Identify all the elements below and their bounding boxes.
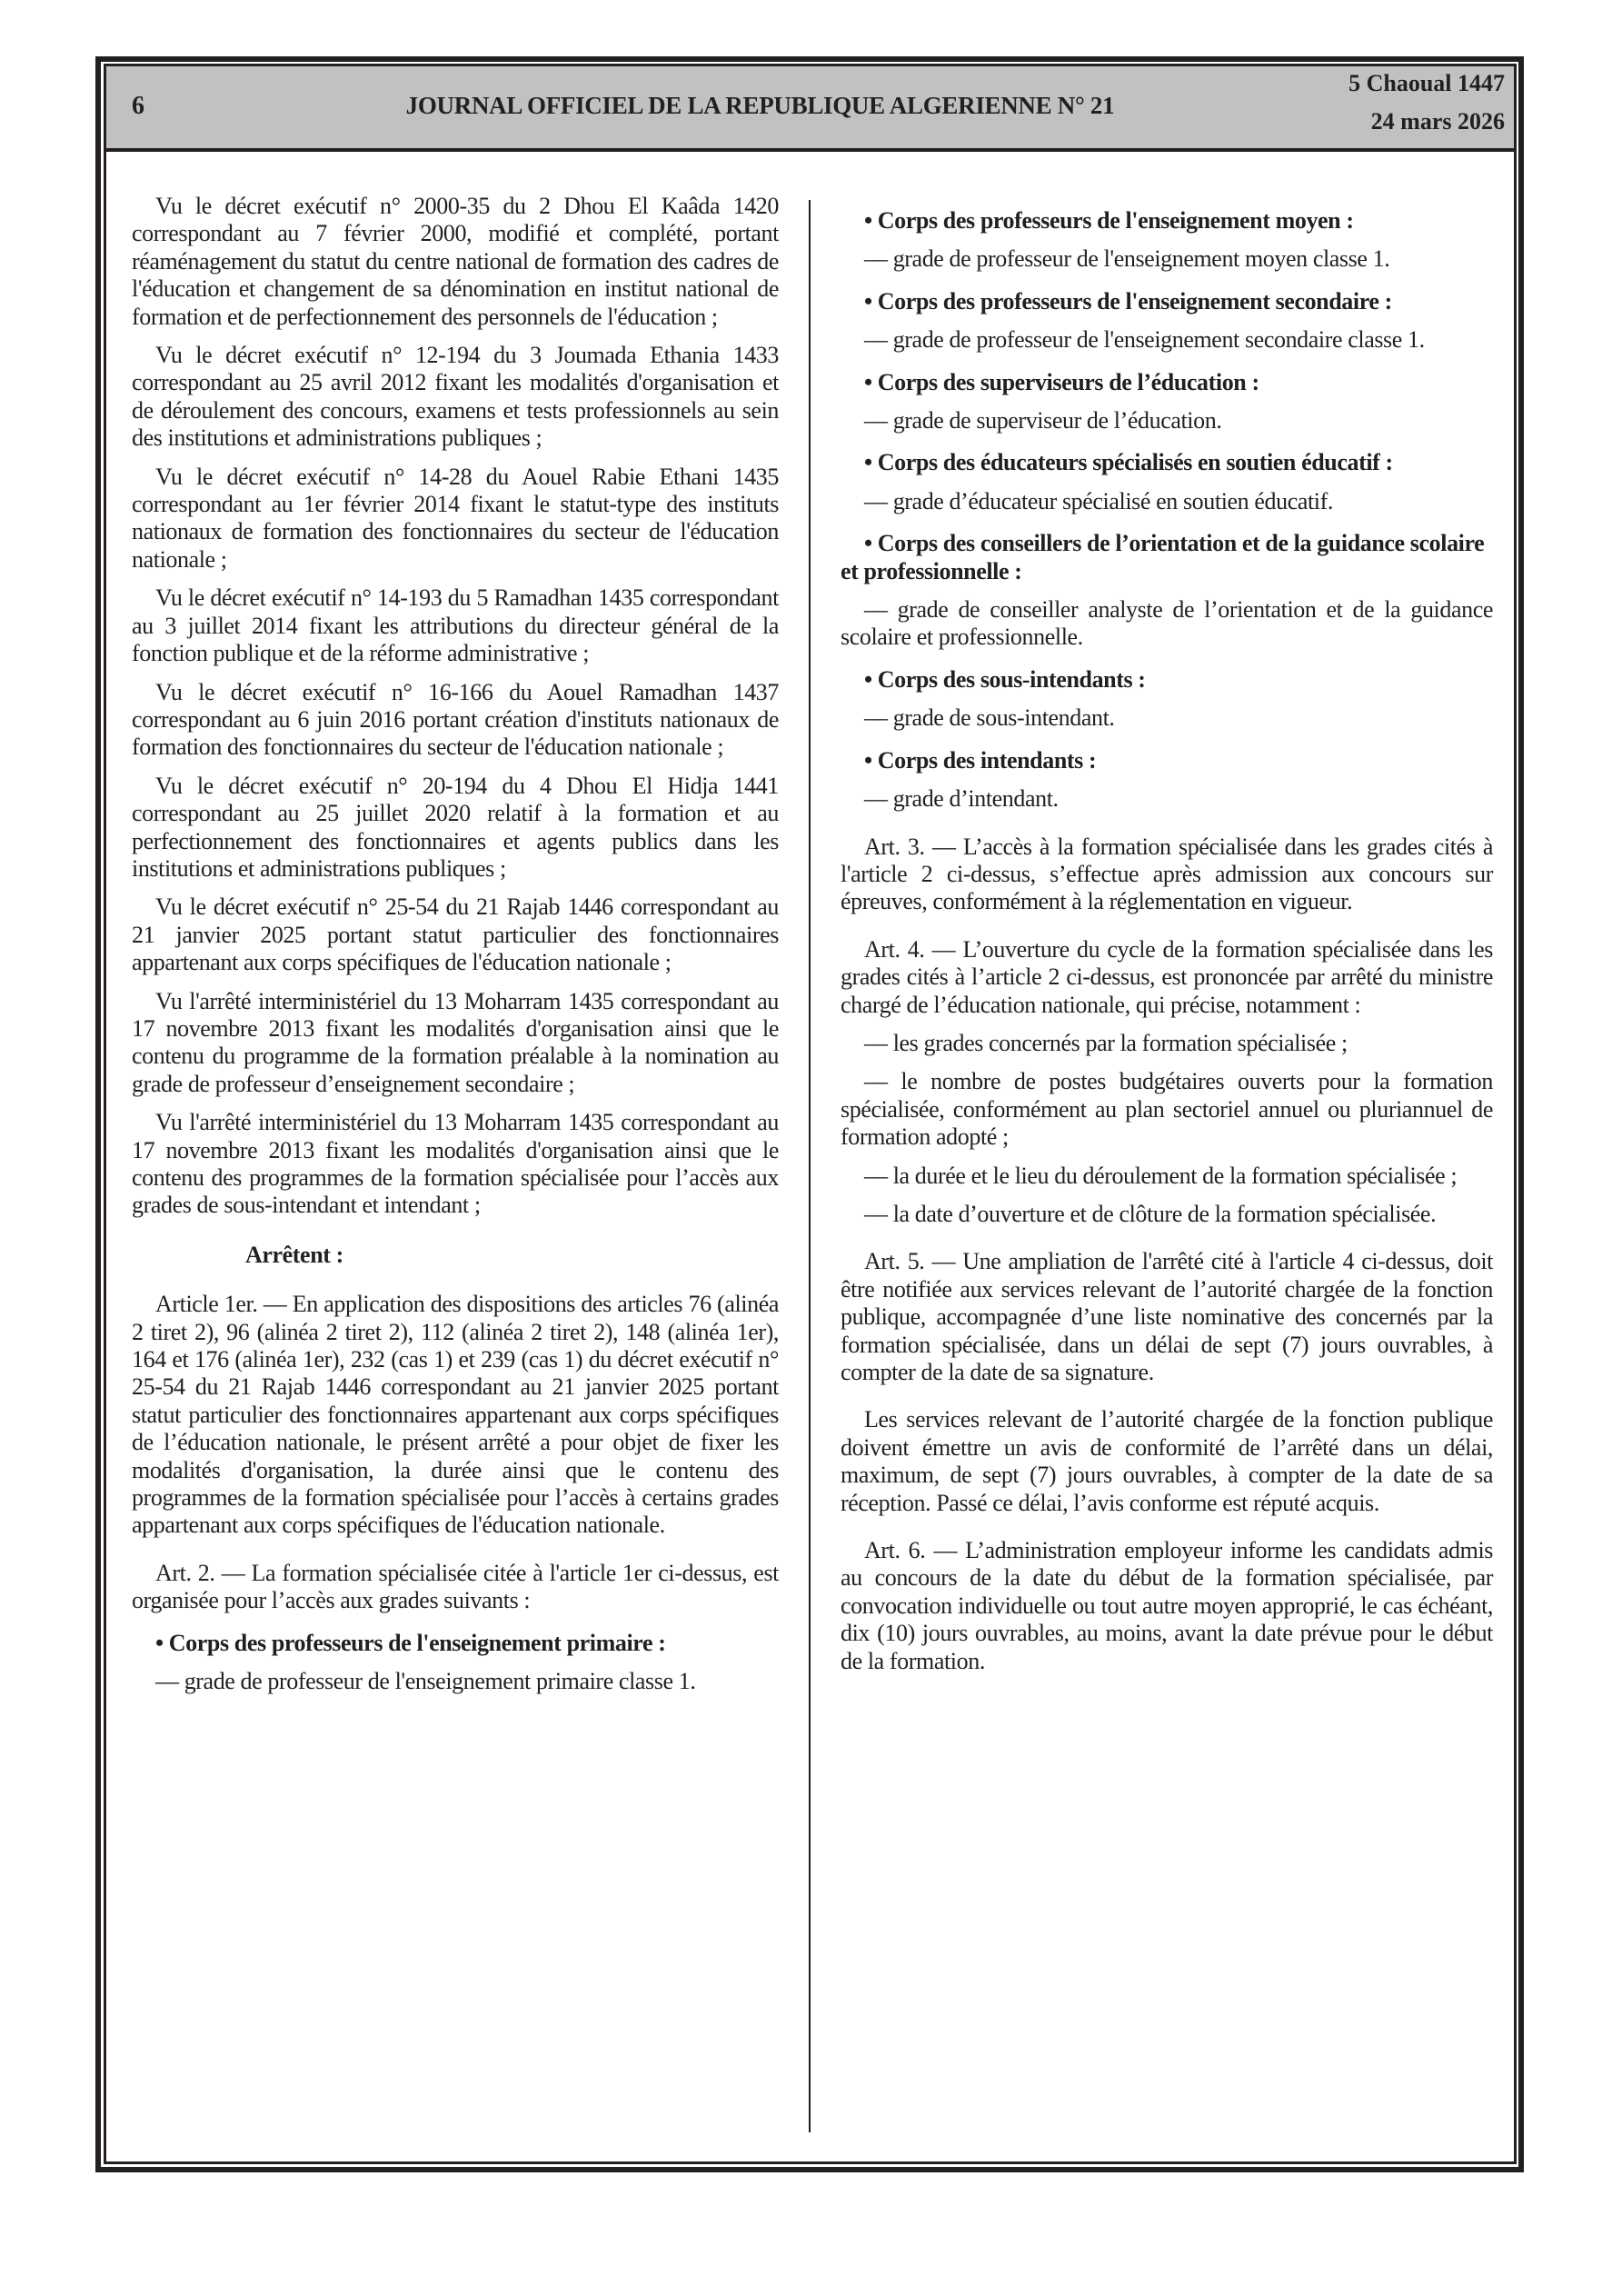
corps-heading: • Corps des professeurs de l'enseignemen… [841, 207, 1493, 235]
article-paragraph: Art. 6. — L’administration employeur inf… [841, 1537, 1493, 1675]
paragraph: Vu l'arrêté interministériel du 13 Mohar… [132, 988, 779, 1099]
paragraph: — les grades concernés par la formation … [841, 1030, 1493, 1057]
document-page: 6 JOURNAL OFFICIEL DE LA REPUBLIQUE ALGE… [0, 0, 1622, 2296]
paragraph: Vu le décret exécutif n° 14-28 du Aouel … [132, 464, 779, 574]
left-column: Vu le décret exécutif n° 2000-35 du 2 Dh… [132, 193, 779, 1707]
corps-heading: • Corps des intendants : [841, 747, 1493, 774]
article-paragraph: Art. 2. — La formation spécialisée citée… [132, 1560, 779, 1615]
paragraph: — grade de professeur de l'enseignement … [841, 326, 1493, 354]
paragraph: — grade de conseiller analyste de l’orie… [841, 596, 1493, 652]
paragraph: Vu l'arrêté interministériel du 13 Mohar… [132, 1109, 779, 1220]
corps-heading: • Corps des superviseurs de l’éducation … [841, 369, 1493, 396]
paragraph: Vu le décret exécutif n° 16-166 du Aouel… [132, 679, 779, 762]
column-divider [809, 200, 811, 2132]
paragraph: — grade d’éducateur spécialisé en soutie… [841, 488, 1493, 515]
corps-heading: • Corps des professeurs de l'enseignemen… [841, 288, 1493, 315]
corps-heading: • Corps des éducateurs spécialisés en so… [841, 449, 1493, 476]
hijri-date: 5 Chaoual 1447 [1348, 70, 1505, 97]
paragraph: Article 1er. — En application des dispos… [132, 1291, 779, 1540]
gregorian-date: 24 mars 2026 [1371, 108, 1505, 135]
paragraph: Vu le décret exécutif n° 25-54 du 21 Raj… [132, 893, 779, 976]
paragraph: Vu le décret exécutif n° 20-194 du 4 Dho… [132, 773, 779, 883]
paragraph: Vu le décret exécutif n° 12-194 du 3 Jou… [132, 342, 779, 453]
journal-title: JOURNAL OFFICIEL DE LA REPUBLIQUE ALGERI… [106, 92, 1514, 120]
paragraph: — le nombre de postes budgétaires ouvert… [841, 1068, 1493, 1151]
paragraph: — grade de sous-intendant. [841, 704, 1493, 732]
paragraph: Vu le décret exécutif n° 2000-35 du 2 Dh… [132, 193, 779, 331]
corps-heading: • Corps des conseillers de l’orientation… [841, 530, 1493, 585]
article-paragraph: Art. 4. — L’ouverture du cycle de la for… [841, 936, 1493, 1019]
corps-heading: • Corps des professeurs de l'enseignemen… [132, 1630, 779, 1657]
paragraph: — grade de superviseur de l’éducation. [841, 407, 1493, 434]
corps-heading: • Corps des sous-intendants : [841, 666, 1493, 694]
article-paragraph: Art. 3. — L’accès à la formation spécial… [841, 834, 1493, 916]
journal-header: 6 JOURNAL OFFICIEL DE LA REPUBLIQUE ALGE… [106, 66, 1514, 152]
section-heading: Arrêtent : [132, 1242, 779, 1269]
paragraph: Vu le décret exécutif n° 14-193 du 5 Ram… [132, 584, 779, 667]
paragraph: — la date d’ouverture et de clôture de l… [841, 1201, 1493, 1228]
paragraph: — grade de professeur de l'enseignement … [841, 245, 1493, 273]
paragraph: — grade de professeur de l'enseignement … [132, 1668, 779, 1695]
paragraph: — la durée et le lieu du déroulement de … [841, 1163, 1493, 1190]
article-paragraph: Art. 5. — Une ampliation de l'arrêté cit… [841, 1248, 1493, 1386]
article-paragraph: Les services relevant de l’autorité char… [841, 1406, 1493, 1517]
paragraph: — grade d’intendant. [841, 785, 1493, 813]
right-column: • Corps des professeurs de l'enseignemen… [841, 193, 1493, 1686]
